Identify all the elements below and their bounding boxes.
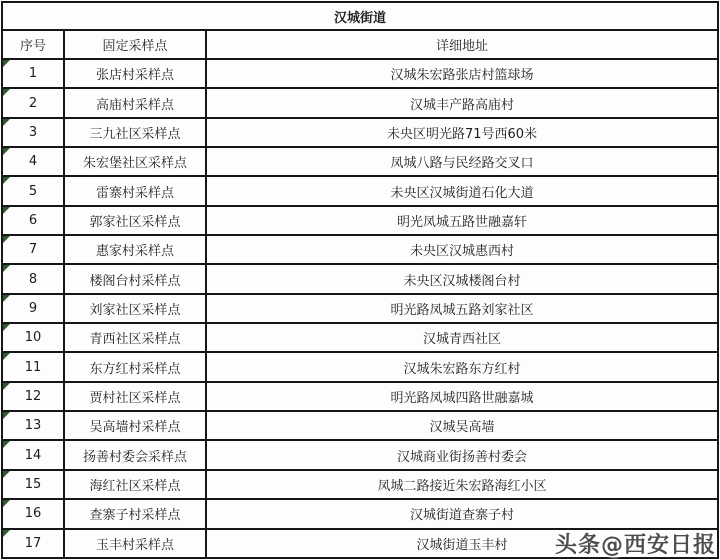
cell-corner-triangle-icon [3, 441, 10, 448]
row-address-cell: 汉城丰产路高庙村 [206, 88, 718, 117]
row-number: 2 [29, 96, 37, 111]
row-point: 三九社区采样点 [89, 127, 180, 142]
table-row: 12 贾村社区采样点 明光路凤城四路世融嘉城 [2, 382, 718, 411]
cell-corner-triangle-icon [3, 60, 10, 67]
row-point: 朱宏堡社区采样点 [83, 156, 187, 171]
row-address: 汉城吴高墙 [429, 420, 494, 435]
table-row: 10 青西社区采样点 汉城青西社区 [2, 323, 718, 352]
row-point-cell: 海红社区采样点 [64, 470, 206, 499]
row-address: 汉城街道查寨子村 [410, 508, 514, 523]
row-number-cell: 2 [2, 88, 64, 117]
table-row: 15 海红社区采样点 凤城二路接近朱宏路海红小区 [2, 470, 718, 499]
row-address-cell: 汉城商业街扬善村委会 [206, 440, 718, 469]
row-number-cell: 15 [2, 470, 64, 499]
page: { "page": { "title": "汉城街道" }, "table": … [0, 0, 720, 560]
cell-corner-triangle-icon [3, 207, 10, 214]
column-header-address: 详细地址 [206, 30, 718, 59]
row-address: 未央区明光路71号西60米 [387, 127, 537, 142]
cell-corner-triangle-icon [3, 236, 10, 243]
row-number-cell: 10 [2, 323, 64, 352]
row-number-cell: 4 [2, 147, 64, 176]
row-point-cell: 扬善村委会采样点 [64, 440, 206, 469]
cell-corner-triangle-icon [3, 265, 10, 272]
row-number: 12 [25, 389, 42, 404]
row-number-cell: 14 [2, 440, 64, 469]
table-row: 5 雷寨村采样点 未央区汉城街道石化大道 [2, 176, 718, 205]
cell-corner-triangle-icon [3, 383, 10, 390]
row-number: 11 [25, 360, 42, 375]
row-point-cell: 高庙村采样点 [64, 88, 206, 117]
row-address: 汉城朱宏路张店村篮球场 [390, 68, 533, 83]
table-body: 1 张店村采样点 汉城朱宏路张店村篮球场 2 高庙村采样点 汉城丰产路高庙村 3… [2, 59, 718, 558]
row-address-cell: 凤城八路与民经路交叉口 [206, 147, 718, 176]
row-point-cell: 玉丰村采样点 [64, 529, 206, 559]
cell-corner-triangle-icon [3, 412, 10, 419]
row-address-cell: 汉城青西社区 [206, 323, 718, 352]
row-address: 明光路凤城五路刘家社区 [390, 303, 533, 318]
row-address: 凤城二路接近朱宏路海红小区 [377, 479, 546, 494]
row-point: 玉丰村采样点 [96, 538, 174, 553]
row-address-cell: 凤城二路接近朱宏路海红小区 [206, 470, 718, 499]
table-row: 4 朱宏堡社区采样点 凤城八路与民经路交叉口 [2, 147, 718, 176]
row-number: 9 [29, 301, 37, 316]
row-number-cell: 9 [2, 294, 64, 323]
row-address-cell: 明光路凤城五路刘家社区 [206, 294, 718, 323]
table-row: 9 刘家社区采样点 明光路凤城五路刘家社区 [2, 294, 718, 323]
row-point: 惠家村采样点 [96, 244, 174, 259]
row-point: 高庙村采样点 [96, 98, 174, 113]
table-row: 1 张店村采样点 汉城朱宏路张店村篮球场 [2, 59, 718, 88]
row-address-cell: 未央区汉城楼阁台村 [206, 264, 718, 293]
cell-corner-triangle-icon [3, 148, 10, 155]
row-number-cell: 6 [2, 206, 64, 235]
row-number: 15 [25, 477, 42, 492]
row-point-cell: 东方红村采样点 [64, 352, 206, 381]
row-number-cell: 16 [2, 499, 64, 528]
row-point: 查寨子村采样点 [89, 508, 180, 523]
row-point: 刘家社区采样点 [89, 303, 180, 318]
header-row: 序号 固定采样点 详细地址 [2, 30, 718, 59]
row-address: 汉城朱宏路东方红村 [403, 362, 520, 377]
row-point-cell: 郭家社区采样点 [64, 206, 206, 235]
row-point-cell: 惠家村采样点 [64, 235, 206, 264]
cell-corner-triangle-icon [3, 353, 10, 360]
row-number-cell: 5 [2, 176, 64, 205]
row-address-cell: 明光路凤城四路世融嘉城 [206, 382, 718, 411]
row-point-cell: 楼阁台村采样点 [64, 264, 206, 293]
cell-corner-triangle-icon [3, 530, 10, 537]
table-row: 6 郭家社区采样点 明光凤城五路世融嘉轩 [2, 206, 718, 235]
table-row: 2 高庙村采样点 汉城丰产路高庙村 [2, 88, 718, 117]
cell-corner-triangle-icon [3, 324, 10, 331]
row-point: 楼阁台村采样点 [89, 274, 180, 289]
row-address-cell: 汉城朱宏路张店村篮球场 [206, 59, 718, 88]
row-address-cell: 汉城街道查寨子村 [206, 499, 718, 528]
row-address-cell: 明光凤城五路世融嘉轩 [206, 206, 718, 235]
row-number: 14 [25, 448, 42, 463]
row-point-cell: 雷寨村采样点 [64, 176, 206, 205]
row-address-cell: 未央区明光路71号西60米 [206, 118, 718, 147]
title-row: 汉城街道 [2, 2, 718, 30]
row-number-cell: 1 [2, 59, 64, 88]
row-number: 13 [25, 418, 42, 433]
row-point-cell: 张店村采样点 [64, 59, 206, 88]
row-number: 10 [25, 330, 42, 345]
row-point: 郭家社区采样点 [89, 215, 180, 230]
row-address-cell: 未央区汉城惠西村 [206, 235, 718, 264]
row-point: 张店村采样点 [96, 68, 174, 83]
row-point-cell: 青西社区采样点 [64, 323, 206, 352]
row-number: 7 [29, 242, 37, 257]
row-point: 吴高墙村采样点 [89, 420, 180, 435]
cell-corner-triangle-icon [3, 177, 10, 184]
row-address: 明光凤城五路世融嘉轩 [397, 215, 527, 230]
row-address: 汉城丰产路高庙村 [410, 98, 514, 113]
row-point-cell: 吴高墙村采样点 [64, 411, 206, 440]
row-point: 东方红村采样点 [89, 362, 180, 377]
row-address: 凤城八路与民经路交叉口 [390, 156, 533, 171]
row-address-cell: 汉城朱宏路东方红村 [206, 352, 718, 381]
row-number-cell: 13 [2, 411, 64, 440]
cell-corner-triangle-icon [3, 500, 10, 507]
row-point: 雷寨村采样点 [96, 186, 174, 201]
sampling-table: 汉城街道 序号 固定采样点 详细地址 1 张店村采样点 汉城朱宏路张店村篮球场 … [1, 1, 719, 559]
row-number: 8 [29, 272, 37, 287]
row-number: 3 [29, 125, 37, 140]
row-point-cell: 查寨子村采样点 [64, 499, 206, 528]
column-header-no: 序号 [2, 30, 64, 59]
table-row: 11 东方红村采样点 汉城朱宏路东方红村 [2, 352, 718, 381]
row-address: 汉城青西社区 [423, 332, 501, 347]
table-row: 13 吴高墙村采样点 汉城吴高墙 [2, 411, 718, 440]
row-number-cell: 17 [2, 529, 64, 559]
row-address: 汉城商业街扬善村委会 [397, 450, 527, 465]
row-number-cell: 8 [2, 264, 64, 293]
row-address: 汉城街道玉丰村 [416, 538, 507, 553]
row-point: 青西社区采样点 [89, 332, 180, 347]
row-number-cell: 7 [2, 235, 64, 264]
row-number: 6 [29, 213, 37, 228]
cell-corner-triangle-icon [3, 471, 10, 478]
page-title: 汉城街道 [2, 2, 718, 30]
row-number: 17 [25, 536, 42, 551]
cell-corner-triangle-icon [3, 119, 10, 126]
row-point: 扬善村委会采样点 [83, 450, 187, 465]
row-address: 未央区汉城街道石化大道 [390, 186, 533, 201]
table-row: 16 查寨子村采样点 汉城街道查寨子村 [2, 499, 718, 528]
row-address: 未央区汉城楼阁台村 [403, 274, 520, 289]
table-row: 8 楼阁台村采样点 未央区汉城楼阁台村 [2, 264, 718, 293]
row-point-cell: 贾村社区采样点 [64, 382, 206, 411]
row-point-cell: 刘家社区采样点 [64, 294, 206, 323]
row-address: 明光路凤城四路世融嘉城 [390, 391, 533, 406]
table-row: 14 扬善村委会采样点 汉城商业街扬善村委会 [2, 440, 718, 469]
row-number: 16 [25, 506, 42, 521]
row-address-cell: 汉城吴高墙 [206, 411, 718, 440]
row-number: 4 [29, 154, 37, 169]
row-address-cell: 未央区汉城街道石化大道 [206, 176, 718, 205]
cell-corner-triangle-icon [3, 295, 10, 302]
row-number: 5 [29, 184, 37, 199]
row-point-cell: 朱宏堡社区采样点 [64, 147, 206, 176]
row-number-cell: 11 [2, 352, 64, 381]
row-number-cell: 3 [2, 118, 64, 147]
row-address: 未央区汉城惠西村 [410, 244, 514, 259]
table-row: 3 三九社区采样点 未央区明光路71号西60米 [2, 118, 718, 147]
row-number: 1 [29, 66, 37, 81]
row-point-cell: 三九社区采样点 [64, 118, 206, 147]
row-point: 贾村社区采样点 [89, 391, 180, 406]
watermark: 头条@西安日报 [555, 528, 716, 559]
row-number-cell: 12 [2, 382, 64, 411]
cell-corner-triangle-icon [3, 89, 10, 96]
row-point: 海红社区采样点 [89, 479, 180, 494]
column-header-point: 固定采样点 [64, 30, 206, 59]
table-row: 7 惠家村采样点 未央区汉城惠西村 [2, 235, 718, 264]
